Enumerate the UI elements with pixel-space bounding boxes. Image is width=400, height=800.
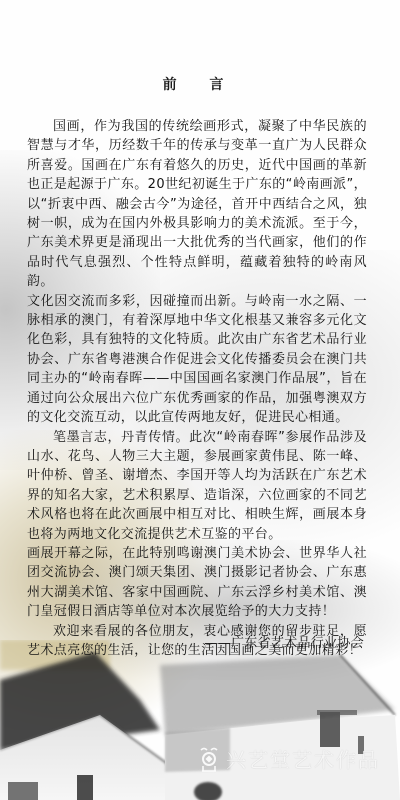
signature: ——广东省艺术品行业协会: [204, 632, 364, 651]
paragraph-1: 国画，作为我国的传统绘画形式，凝聚了中华民族的智慧与才华，历经数千年的传承与变革…: [27, 117, 367, 292]
watermark-text: 兴艺堂艺术作品: [226, 744, 380, 773]
page-title: 前 言: [0, 74, 400, 94]
document-content: 前 言 国画，作为我国的传统绘画形式，凝聚了中华民族的智慧与才华，历经数千年的传…: [0, 0, 400, 800]
ornament-logo-icon: [198, 746, 220, 772]
paragraph-4: 画展开幕之际，在此特别鸣谢澳门美术协会、世界华人社团交流协会、澳门颂天集团、澳门…: [27, 544, 367, 622]
paragraph-3: 笔墨言志，丹青传情。此次“岭南春晖”参展作品涉及山水、花鸟、人物三大主题，参展画…: [27, 428, 367, 544]
document-page: 前 言 国画，作为我国的传统绘画形式，凝聚了中华民族的智慧与才华，历经数千年的传…: [0, 0, 400, 800]
watermark: 兴艺堂艺术作品: [198, 744, 380, 773]
paragraph-2: 文化因交流而多彩，因碰撞而出新。与岭南一水之隔、一脉相承的澳门，有着深厚地中华文…: [27, 292, 367, 428]
preface-body: 国画，作为我国的传统绘画形式，凝聚了中华民族的智慧与才华，历经数千年的传承与变革…: [27, 117, 367, 660]
